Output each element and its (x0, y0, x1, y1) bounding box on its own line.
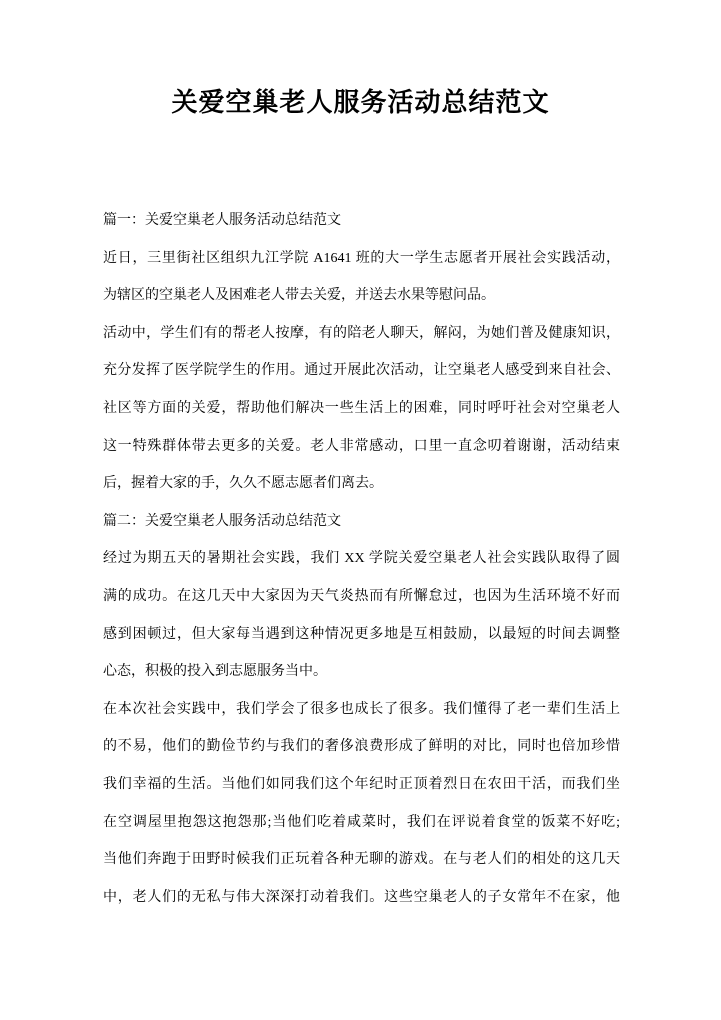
text-line: 中，老人们的无私与伟大深深打动着我们。这些空巢老人的子女常年不在家，他 (103, 879, 620, 917)
document-body: 篇一：关爱空巢老人服务活动总结范文 近日，三里街社区组织九江学院 A1641 班… (103, 202, 620, 916)
text-line: 这一特殊群体带去更多的关爱。老人非常感动，口里一直念叨着谢谢，活动结束 (103, 428, 620, 466)
text-line: 篇一：关爱空巢老人服务活动总结范文 (103, 202, 620, 240)
text-line: 充分发挥了医学院学生的作用。通过开展此次活动，让空巢老人感受到来自社会、 (103, 352, 620, 390)
text-line: 我们幸福的生活。当他们如同我们这个年纪时正顶着烈日在农田干活，而我们坐 (103, 766, 620, 804)
text-line: 心态，积极的投入到志愿服务当中。 (103, 653, 620, 691)
text-line: 的不易，他们的勤俭节约与我们的奢侈浪费形成了鲜明的对比，同时也倍加珍惜 (103, 728, 620, 766)
text-line: 当他们奔跑于田野时候我们正玩着各种无聊的游戏。在与老人们的相处的这几天 (103, 841, 620, 879)
text-line: 满的成功。在这几天中大家因为天气炎热而有所懈怠过，也因为生活环境不好而 (103, 578, 620, 616)
text-line: 感到困顿过，但大家每当遇到这种情况更多地是互相鼓励，以最短的时间去调整 (103, 616, 620, 654)
text-line: 在空调屋里抱怨这抱怨那;当他们吃着咸菜时，我们在评说着食堂的饭菜不好吃; (103, 804, 620, 842)
text-line: 为辖区的空巢老人及困难老人带去关爱，并送去水果等慰问品。 (103, 277, 620, 315)
text-line: 篇二：关爱空巢老人服务活动总结范文 (103, 503, 620, 541)
text-line: 近日，三里街社区组织九江学院 A1641 班的大一学生志愿者开展社会实践活动， (103, 240, 620, 278)
document-title: 关爱空巢老人服务活动总结范文 (0, 86, 721, 120)
text-line: 社区等方面的关爱，帮助他们解决一些生活上的困难，同时呼吁社会对空巢老人 (103, 390, 620, 428)
text-line: 后，握着大家的手，久久不愿志愿者们离去。 (103, 465, 620, 503)
text-line: 经过为期五天的暑期社会实践，我们 XX 学院关爱空巢老人社会实践队取得了圆 (103, 540, 620, 578)
text-line: 活动中，学生们有的帮老人按摩，有的陪老人聊天，解闷，为她们普及健康知识， (103, 315, 620, 353)
document-page: 关爱空巢老人服务活动总结范文 篇一：关爱空巢老人服务活动总结范文 近日，三里街社… (0, 0, 721, 1020)
text-line: 在本次社会实践中，我们学会了很多也成长了很多。我们懂得了老一辈们生活上 (103, 691, 620, 729)
